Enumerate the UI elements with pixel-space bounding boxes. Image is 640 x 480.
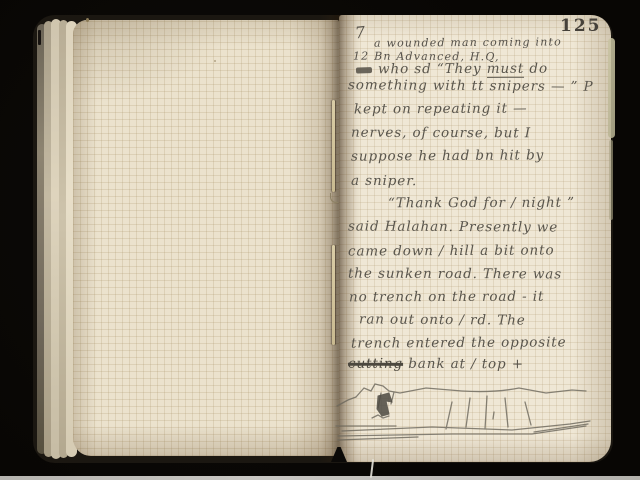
- paper-speck: [214, 60, 216, 62]
- handwritten-line: kept on repeating it —: [354, 101, 528, 118]
- handwritten-line: ran out onto / rd. The: [359, 311, 526, 328]
- handwritten-line: a wounded man coming into: [374, 35, 562, 49]
- handwritten-line: something with tt snipers — ” P: [348, 77, 594, 95]
- handwritten-line: the sunken road. There was: [348, 266, 562, 283]
- left-page-blank-grid: [73, 20, 339, 456]
- handwritten-line: no trench on the road - it: [349, 289, 544, 306]
- insertion-mark: 7: [354, 23, 366, 43]
- handwritten-line: suppose he had bn hit by: [351, 147, 544, 164]
- handwritten-line: cutting bank at / top +: [348, 356, 524, 373]
- paper-speck: [86, 18, 89, 22]
- handwritten-line: nerves, of course, but I: [351, 125, 531, 142]
- handwritten-line: a sniper.: [351, 173, 417, 189]
- underlying-page-edge: [609, 140, 613, 220]
- illegible-scribble: [356, 67, 372, 74]
- handwritten-line: said Halahan. Presently we: [348, 218, 558, 235]
- photo-of-notebook: 125 7 a wounded man coming into12 Bn Adv…: [0, 0, 640, 480]
- scan-edge-strip: [0, 476, 640, 480]
- handwritten-line: “Thank God for / night ”: [388, 195, 575, 212]
- trench-sketch: [334, 376, 602, 450]
- underlying-page-edge: [608, 38, 615, 138]
- handwritten-line: who sd “They must do: [356, 61, 548, 78]
- fore-edge-ink-mark: [38, 30, 41, 45]
- handwritten-line: trench entered the opposite: [351, 334, 567, 351]
- page-number: 125: [560, 16, 602, 36]
- handwritten-line: came down / hill a bit onto: [348, 242, 555, 259]
